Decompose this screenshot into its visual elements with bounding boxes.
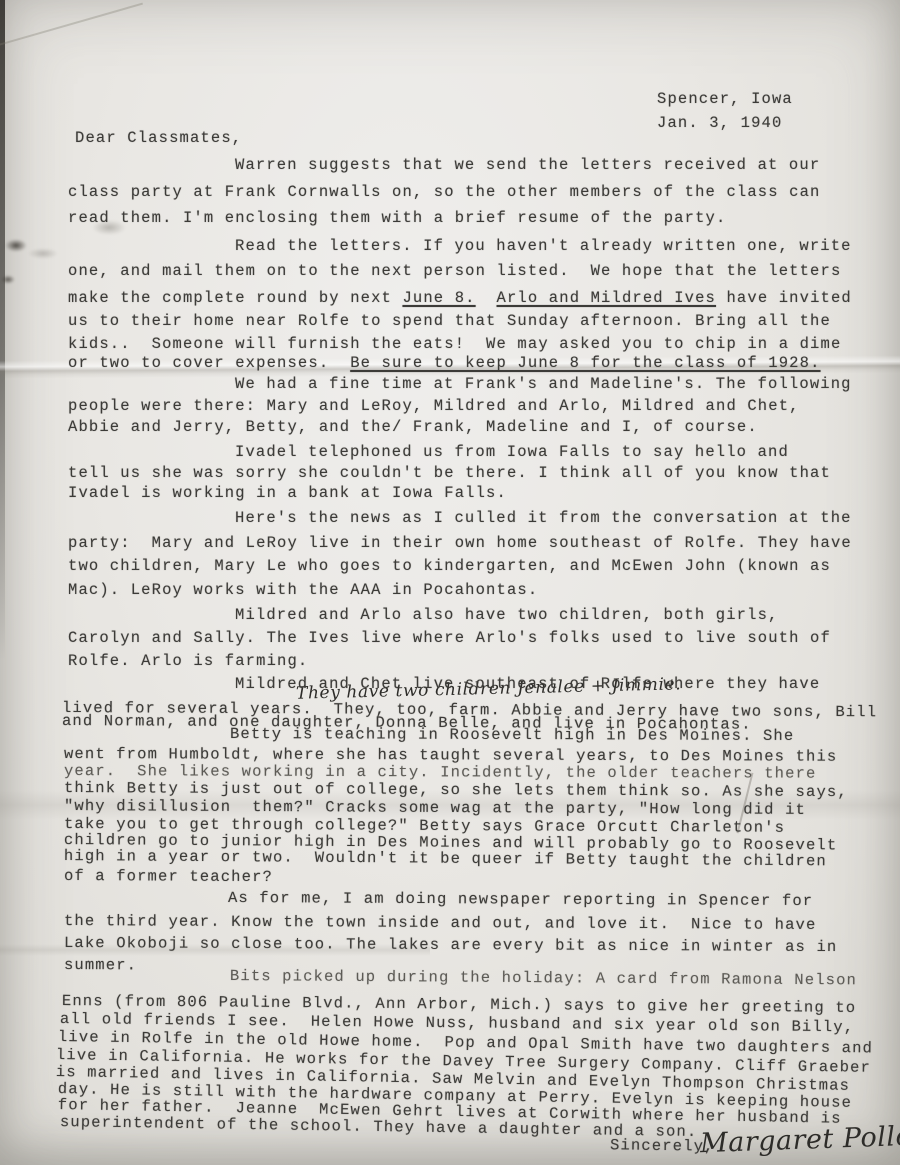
letter-line: Carolyn and Sally. The Ives live where A…: [68, 631, 831, 647]
letter-line: class party at Frank Cornwalls on, so th…: [68, 185, 821, 201]
letter-line: make the complete round by next June 8. …: [68, 291, 852, 307]
letter-line: us to their home near Rolfe to spend tha…: [68, 314, 831, 330]
paper-smudge: [28, 248, 58, 259]
letter-line: Warren suggests that we send the letters…: [235, 158, 820, 174]
letter-line: Here's the news as I culled it from the …: [235, 511, 852, 527]
letter-line: tell us she was sorry she couldn't be th…: [68, 466, 831, 482]
ink-smudge: [1, 275, 15, 284]
letter-line: people were there: Mary and LeRoy, Mildr…: [68, 399, 800, 415]
letter-line: Abbie and Jerry, Betty, and the/ Frank, …: [68, 420, 758, 436]
scan-edge-shadow: [0, 0, 5, 660]
letter-place: Spencer, Iowa: [657, 92, 793, 108]
letter-line: Ivadel telephoned us from Iowa Falls to …: [235, 445, 789, 461]
letter-line: or two to cover expenses. Be sure to kee…: [68, 356, 821, 372]
letter-salutation: Dear Classmates,: [75, 131, 242, 147]
letter-date: Jan. 3, 1940: [657, 116, 782, 132]
letter-line: of a former teacher?: [64, 869, 273, 886]
letter-line: party: Mary and LeRoy live in their own …: [68, 536, 852, 552]
letter-line: summer.: [64, 958, 137, 974]
letter-line: two children, Mary Le who goes to kinder…: [68, 559, 831, 575]
letter-line: the third year. Know the town inside and…: [64, 914, 817, 933]
ink-smudge: [5, 239, 27, 252]
letter-line: Ivadel is working in a bank at Iowa Fall…: [68, 486, 507, 502]
letter-line: Rolfe. Arlo is farming.: [68, 654, 308, 670]
letter-line: one, and mail them on to the next person…: [68, 264, 841, 280]
scanned-letter: Spencer, Iowa Jan. 3, 1940 Dear Classmat…: [0, 0, 900, 1165]
letter-line: Lake Okoboji so close too. The lakes are…: [64, 936, 837, 956]
letter-line: Mac). LeRoy works with the AAA in Pocaho…: [68, 583, 538, 599]
letter-line: Read the letters. If you haven't already…: [235, 239, 852, 255]
letter-line: Betty is teaching in Roosevelt high in D…: [230, 727, 794, 744]
letter-line: read them. I'm enclosing them with a bri…: [68, 211, 726, 227]
letter-line: Mildred and Arlo also have two children,…: [235, 608, 778, 624]
letter-line: We had a fine time at Frank's and Madeli…: [235, 377, 852, 393]
letter-closing: Sincerely,: [610, 1138, 715, 1155]
letter-line: As for me, I am doing newspaper reportin…: [228, 891, 813, 910]
letter-line: Mildred and Chet live southeast of Rolfe…: [235, 677, 820, 693]
letter-line: kids.. Someone will furnish the eats! We…: [68, 337, 841, 353]
